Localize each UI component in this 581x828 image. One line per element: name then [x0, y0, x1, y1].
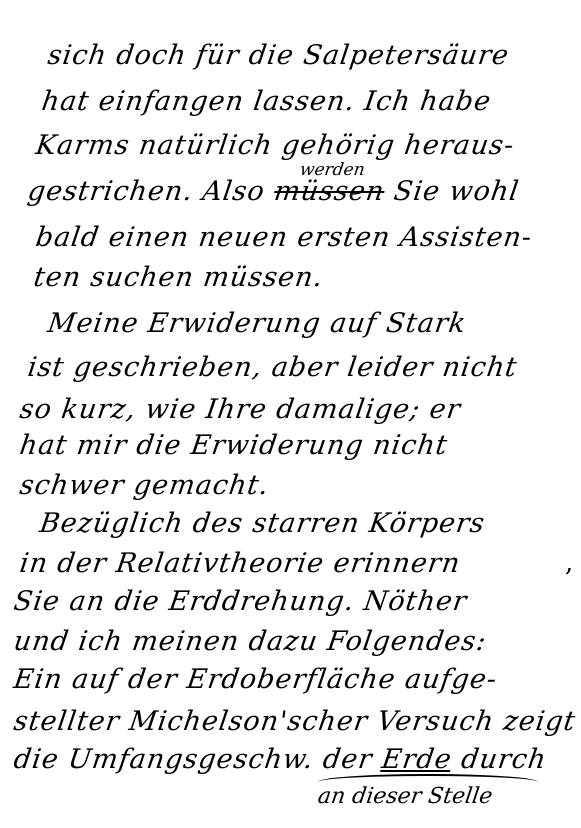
manuscript-page: sich doch für die Salpetersäure hat einf… — [0, 0, 581, 828]
line-16: Ein auf der Erdoberfläche aufge- — [12, 664, 499, 695]
line-4-end: Sie wohl — [382, 176, 521, 207]
line-7: Meine Erwiderung auf Stark — [46, 308, 469, 339]
struck-word: müssen — [272, 176, 386, 207]
line-15: und ich meinen dazu Folgendes: — [12, 626, 489, 657]
line-2: hat einfangen lassen. Ich habe — [40, 86, 493, 117]
line-6: ten suchen müssen. — [32, 262, 326, 293]
line-12: Bezüglich des starren Körpers — [38, 508, 487, 539]
line-13: in der Relativtheorie erinnern — [18, 548, 463, 579]
line-5: bald einen neuen ersten Assisten- — [34, 222, 534, 253]
inserted-word: werden — [299, 160, 366, 180]
line-11: schwer gemacht. — [18, 470, 271, 501]
line-4: gestrichen. Also müssen Sie wohl — [26, 176, 521, 207]
line-18-end: durch — [450, 744, 549, 775]
inserted-below: an dieser Stelle — [316, 784, 494, 809]
line-18-start: die Umfangsgeschw. der — [12, 744, 384, 775]
line-14: Sie an die Erddrehung. Nöther — [12, 586, 469, 617]
line-17: stellter Michelson'scher Versuch zeigt — [12, 706, 578, 737]
underlined-word: Erde — [380, 744, 454, 775]
line-9: so kurz, wie Ihre damalige; er — [18, 394, 463, 425]
line-1: sich doch für die Salpetersäure — [46, 40, 511, 71]
line-10: hat mir die Erwiderung nicht — [18, 430, 450, 461]
line-4-start: gestrichen. Also — [26, 176, 277, 207]
line-8: ist geschrieben, aber leider nicht — [26, 352, 519, 383]
line-3: Karms natürlich gehörig heraus- — [34, 130, 517, 161]
margin-mark: , — [565, 548, 573, 578]
line-18: die Umfangsgeschw. der Erde durch — [12, 744, 549, 775]
